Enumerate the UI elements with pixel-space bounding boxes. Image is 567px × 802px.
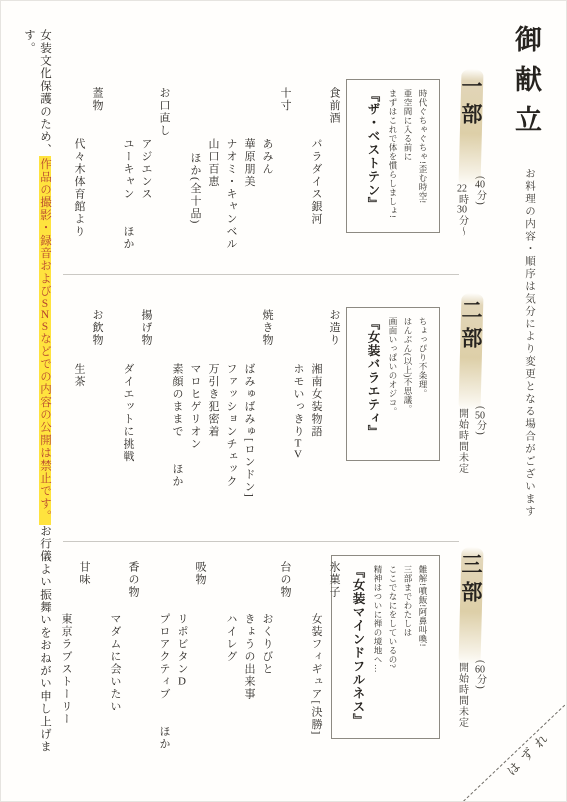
menu-item: 万引き犯密着 [205,299,221,513]
section-divider [63,274,459,275]
notice-highlight: 作品の撮影・録音およびSNSなどでの内容の公開は禁止です。 [39,156,51,525]
description-line: 時代ぐちゃぐちゃ!歪む時空! [417,89,429,223]
menu-category-label: 台の物 [277,553,293,771]
menu-item: ホモいっきりTV [290,299,306,513]
section-3-header: 三部 (60分) 開始時間未定 [450,553,492,728]
description-line: はんぶん(以上)不思議。 [402,317,414,451]
notice-pre: 女装文化保護のため、 [39,29,51,156]
menu-group: 蓋物 代々木体育館より [71,75,105,275]
section-2-name: 二部 [456,299,486,355]
menu-item: 山口百恵 [205,75,221,275]
menu-group: 揚げ物 ダイエットに挑戦 [120,299,154,513]
menu-item: ダイエットに挑戦 [120,299,136,513]
menu-item: 華原朋美 [241,75,257,275]
menu-group: 焼き物 ばみゅばみゅ[ロンドン] ファッションチェック 万引き犯密着 マロヒゲリ… [169,299,275,513]
section-1-name: 一部 [456,75,486,131]
description-line: ちょっぴり不条理。 [417,317,429,451]
program-title: 『女装マインドフルネス』 [349,565,367,729]
menu-item: ユーキャン ほか [120,75,136,275]
menu-category-label: 揚げ物 [138,299,154,513]
menu-item: おくりびと [259,553,275,771]
menu-item: ほか(全十品) [187,75,203,275]
menu-group: 香の物 マダムに会いたい [107,553,141,771]
description-line: 三部までわたしは [402,565,414,729]
notice-text: 女装文化保護のため、作品の撮影・録音およびSNSなどでの内容の公開は禁止です。お… [21,29,53,769]
section-1-description-box: 時代ぐちゃぐちゃ!歪む時空! 亜空間に入る前に まずはこれで体を慣らしましょ! … [346,79,440,233]
section-2-description-box: ちょっぴり不条理。 はんぶん(以上)不思議。 画面いっぱいのオジコ。 『女装バラ… [346,307,440,461]
menu-item: きょうの出来事 [241,553,257,771]
menu-category-label: お口直し [156,75,172,275]
menu-category-label: 十寸 [277,75,293,275]
section-3-description-box: 難解!噴飯!阿鼻叫喚! 三部までわたしは ここでなにをしているの? 精神はついに… [331,555,440,739]
menu-category-label: お飲物 [89,299,105,513]
menu-item: パラダイス銀河 [308,75,324,275]
menu-item: ファッションチェック [223,299,239,513]
program-title: 『女装バラエティ』 [364,317,382,451]
section-1-header: 一部 (40分) 22時30分〜 [450,75,492,237]
menu-item: マロヒゲリオン [187,299,203,513]
menu-item: アジエンス [138,75,154,275]
menu-category-label: お造り [326,299,342,513]
menu-category-label: 食前酒 [326,75,342,275]
section-3: 三部 (60分) 開始時間未定 難解!噴飯!阿鼻叫喚! 三部までわたしは ここで… [61,553,480,771]
menu-group: 甘味 東京ラブストーリー [58,553,92,771]
menu-group: 台の物 おくりびと きょうの出来事 ハイレグ [223,553,293,771]
menu-item: 素顔のままで ほか [169,299,185,513]
section-3-menu: 氷菓子 女装フィギュア[決勝] 台の物 おくりびと きょうの出来事 ハイレグ 吸… [61,553,342,771]
menu-group: 氷菓子 女装フィギュア[決勝] [308,553,342,771]
menu-group: お口直し アジエンス ユーキャン ほか [120,75,172,275]
description-line: まずはこれで体を慣らしましょ! [387,89,399,223]
menu-group: 十寸 あみん 華原朋美 ナオミ・キャンベル 山口百恵 ほか(全十品) [187,75,293,275]
menu-item: プロアクティブ ほか [156,553,172,771]
menu-group: お飲物 生茶 [71,299,105,513]
page-subtitle: お料理の内容・順序は気分により変更となる場合がございます [522,168,537,518]
program-title: 『ザ・ベストテン』 [364,89,382,223]
menu-item: ハイレグ [223,553,239,771]
menu-item: ばみゅばみゅ[ロンドン] [241,299,257,513]
menu-group: お造り 湘南女装物語 ホモいっきりTV [290,299,342,513]
menu-item: 代々木体育館より [71,75,87,275]
corner-label: はずれ [502,725,556,779]
menu-item: 女装フィギュア[決勝] [308,553,324,771]
description-line: ここでなにをしているの? [387,565,399,729]
menu-category-label: 甘味 [76,553,92,771]
menu-item: マダムに会いたい [107,553,123,771]
section-3-name: 三部 [456,553,486,609]
description-line: 亜空間に入る前に [402,89,414,223]
menu-item: リポビタンD [174,553,190,771]
description-line: 難解!噴飯!阿鼻叫喚! [417,565,429,729]
menu-group: 食前酒 パラダイス銀河 [308,75,342,275]
menu-category-label: 氷菓子 [326,553,342,771]
menu-item: ナオミ・キャンベル [223,75,239,275]
menu-item: 東京ラブストーリー [58,553,74,771]
description-line: 画面いっぱいのオジコ。 [387,317,399,451]
menu-page: 御献立 お料理の内容・順序は気分により変更となる場合がございます 一部 (40分… [0,0,567,802]
page-title: 御献立 [507,25,546,145]
section-2-menu: お造り 湘南女装物語 ホモいっきりTV 焼き物 ばみゅばみゅ[ロンドン] ファッ… [61,299,342,513]
menu-category-label: 吸物 [192,553,208,771]
menu-item: 生茶 [71,299,87,513]
menu-category-label: 香の物 [125,553,141,771]
menu-category-label: 焼き物 [259,299,275,513]
section-1: 一部 (40分) 22時30分〜 時代ぐちゃぐちゃ!歪む時空! 亜空間に入る前に… [61,75,480,275]
section-2-header: 二部 (50分) 開始時間未定 [450,299,492,474]
menu-item: あみん [259,75,275,275]
section-1-menu: 食前酒 パラダイス銀河 十寸 あみん 華原朋美 ナオミ・キャンベル 山口百恵 ほ… [61,75,342,275]
menu-category-label: 蓋物 [89,75,105,275]
menu-group: 吸物 リポビタンD プロアクティブ ほか [156,553,208,771]
description-line: 精神はついに禅の境地へ… [372,565,384,729]
menu-item: 湘南女装物語 [308,299,324,513]
section-divider [63,541,459,542]
section-2: 二部 (50分) 開始時間未定 ちょっぴり不条理。 はんぶん(以上)不思議。 画… [61,299,480,513]
